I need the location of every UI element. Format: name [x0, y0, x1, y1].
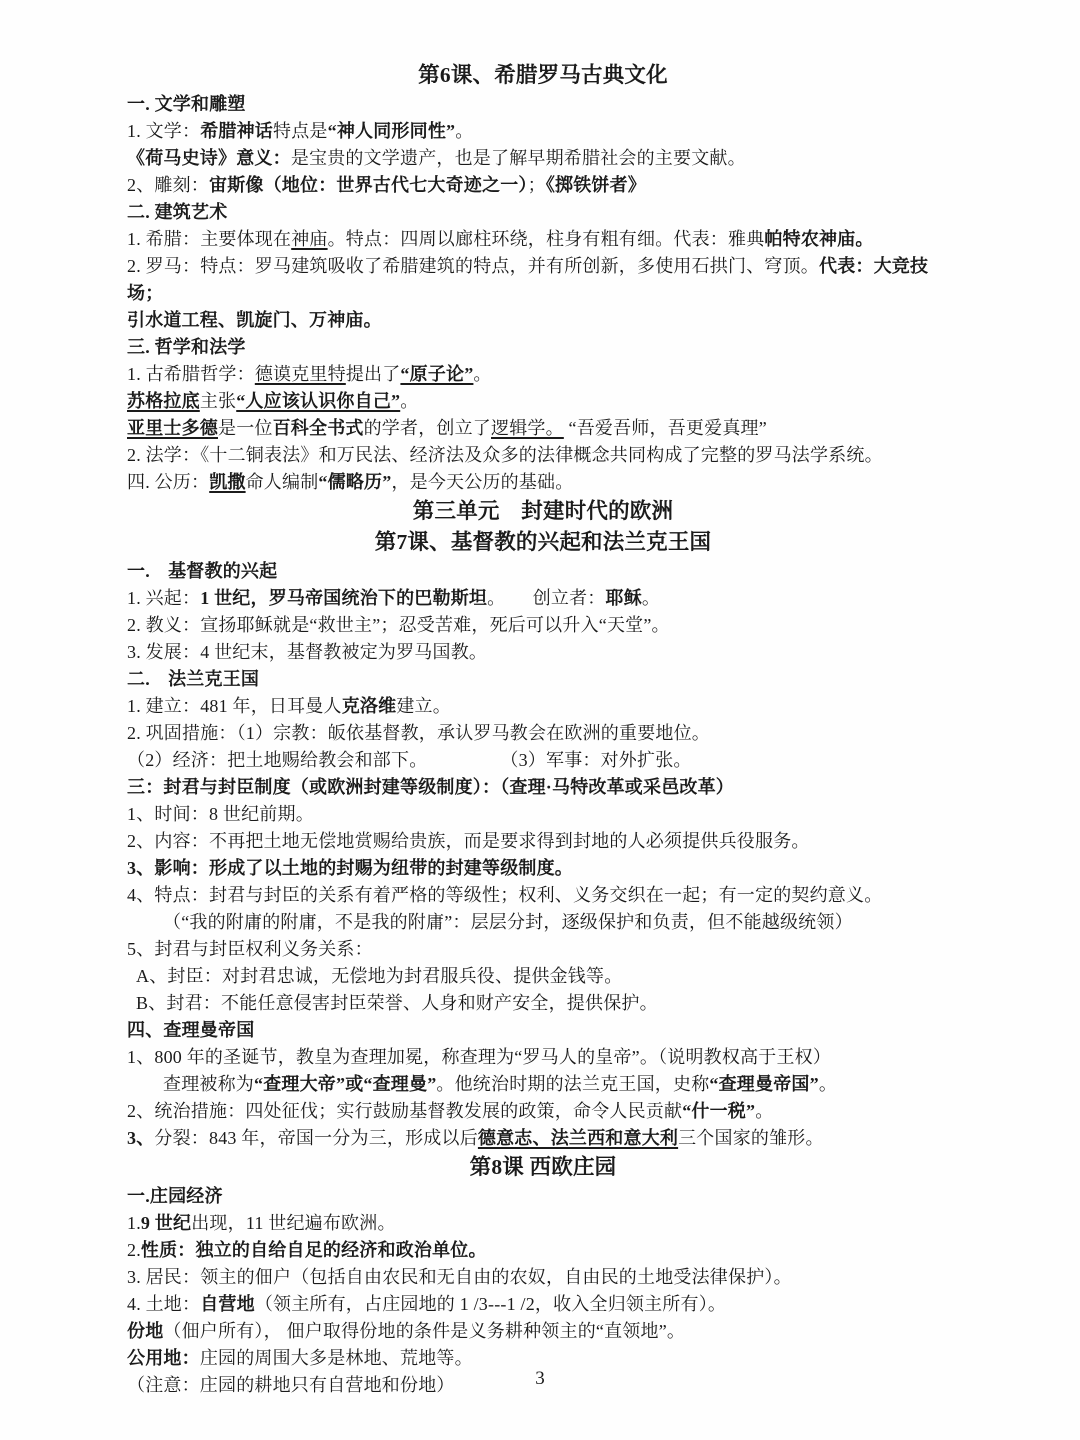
text-segment: 命人编制	[246, 472, 319, 492]
text-segment: 凯撒	[209, 472, 245, 492]
text-segment: 2. 教义：宣扬耶稣就是“救世主”；忍受苦难，死后可以升入“天堂”。	[127, 615, 670, 635]
text-line: 3. 发展：4 世纪末，基督教被定为罗马国教。	[127, 639, 959, 666]
section-heading: 一. 基督教的兴起	[127, 558, 959, 585]
text-segment: 的学者，创立了	[364, 418, 491, 438]
text-segment: 。 创立者：	[487, 588, 605, 608]
text-segment: 3、影响：形成了以土地的封赐为纽带的封建等级制度。	[127, 858, 573, 878]
section-heading: 二. 建筑艺术	[127, 199, 959, 226]
text-segment: 1. 文学：	[127, 121, 200, 141]
text-segment: 一.庄园经济	[127, 1186, 223, 1206]
text-segment: 。	[473, 364, 491, 384]
text-segment: 一. 基督教的兴起	[127, 561, 277, 581]
text-segment: 性质：独立的自给自足的经济和政治单位。	[141, 1240, 487, 1260]
text-segment: 苏格拉底	[127, 391, 200, 411]
text-segment: 5、封君与封臣权利义务关系：	[127, 939, 373, 959]
section-heading: 一. 文学和雕塑	[127, 91, 959, 118]
text-segment: 。特点：四周以廊柱环绕，柱身有粗有细。代表：雅典	[328, 229, 765, 249]
text-segment: 9 世纪	[141, 1213, 191, 1233]
text-segment: 希腊神话	[200, 121, 273, 141]
text-segment: 神庙	[291, 229, 327, 249]
text-line: 1. 建立：481 年，日耳曼人克洛维建立。	[127, 693, 959, 720]
text-segment: 1、800 年的圣诞节，教皇为查理加冕，称查理为“罗马人的皇帝”。（说明教权高于…	[127, 1047, 831, 1067]
text-segment: 查理被称为	[163, 1074, 254, 1094]
text-segment: 2.	[127, 1240, 141, 1260]
text-segment: 庄园的周围大多是林地、荒地等。	[200, 1348, 473, 1368]
text-segment: ，是今天公历的基础。	[391, 472, 573, 492]
text-segment: 3. 发展：4 世纪末，基督教被定为罗马国教。	[127, 642, 487, 662]
text-segment: 2、雕刻：	[127, 175, 209, 195]
text-segment: 1. 希腊：主要体现在	[127, 229, 291, 249]
text-line: 1、时间：8 世纪前期。	[127, 801, 959, 828]
text-segment: 1、时间：8 世纪前期。	[127, 804, 314, 824]
text-line: 2. 巩固措施：（1）宗教：皈依基督教，承认罗马教会在欧洲的重要地位。	[127, 720, 959, 747]
section-heading: 四、查理曼帝国	[127, 1017, 959, 1044]
text-segment: 。	[642, 588, 660, 608]
text-segment: 。	[755, 1101, 773, 1121]
text-segment: B、封君：不能任意侵害封臣荣誉、人身和财产安全，提供保护。	[136, 993, 658, 1013]
text-segment: 自营地	[200, 1294, 255, 1314]
text-segment: 。他统治时期的法兰克王国，史称	[436, 1074, 709, 1094]
text-segment: 出现，11 世纪遍布欧洲。	[191, 1213, 395, 1233]
text-line: 1、800 年的圣诞节，教皇为查理加冕，称查理为“罗马人的皇帝”。（说明教权高于…	[127, 1044, 959, 1071]
text-segment: 引水道工程、凯旋门、万神庙。	[127, 310, 382, 330]
text-line: 1.9 世纪出现，11 世纪遍布欧洲。	[127, 1210, 959, 1237]
text-line: 查理被称为“查理大帝”或“查理曼”。他统治时期的法兰克王国，史称“查理曼帝国”。	[127, 1071, 959, 1098]
text-segment: 2. 巩固措施：（1）宗教：皈依基督教，承认罗马教会在欧洲的重要地位。	[127, 723, 710, 743]
text-line: 1. 希腊：主要体现在神庙。特点：四周以廊柱环绕，柱身有粗有细。代表：雅典帕特农…	[127, 226, 959, 253]
document-content: 第6课、希腊罗马古典文化一. 文学和雕塑1. 文学：希腊神话特点是“神人同形同性…	[127, 60, 959, 1399]
text-segment: “原子论”	[400, 364, 473, 384]
text-segment: 分裂：843 年，帝国一分为三，形成以后	[154, 1128, 478, 1148]
text-segment: 3、	[127, 1128, 154, 1148]
text-segment: 2、统治措施：四处征伐；实行鼓励基督教发展的政策，命令人民贡献	[127, 1101, 682, 1121]
text-segment: （“我的附庸的附庸，不是我的附庸”：层层分封，逐级保护和负责，但不能越级统领）	[163, 912, 853, 932]
text-segment: 第7课、基督教的兴起和法兰克王国	[375, 530, 711, 554]
text-segment: 是宝贵的文学遗产，也是了解早期希腊社会的主要文献。	[291, 148, 746, 168]
text-segment: 份地	[127, 1321, 163, 1341]
text-line: 5、封君与封臣权利义务关系：	[127, 936, 959, 963]
text-segment: 2. 法学：《十二铜表法》和万民法、经济法及众多的法律概念共同构成了完整的罗马法…	[127, 445, 883, 465]
text-segment: 2. 罗马：特点：罗马建筑吸收了希腊建筑的特点，并有所创新，多使用石拱门、穹顶。	[127, 256, 819, 276]
text-segment: “神人同形同性”	[328, 121, 456, 141]
text-line: 4、特点：封君与封臣的关系有着严格的等级性；权利、义务交织在一起；有一定的契约意…	[127, 882, 959, 909]
text-line: 1. 兴起：1 世纪，罗马帝国统治下的巴勒斯坦。 创立者：耶稣。	[127, 585, 959, 612]
text-segment: 建立。	[396, 696, 451, 716]
text-segment: （2）经济：把土地赐给教会和部下。 （3）军事：对外扩张。	[127, 750, 692, 770]
text-segment: “人应该认识你自己”	[236, 391, 400, 411]
text-segment: “查理大帝”或“查理曼”	[254, 1074, 436, 1094]
text-segment: 主张	[200, 391, 236, 411]
text-segment: 公用地：	[127, 1348, 200, 1368]
lesson-6-title: 第6课、希腊罗马古典文化	[127, 60, 959, 91]
text-segment: 德意志、法兰西和意大利	[478, 1128, 678, 1148]
text-segment: 逻辑学。	[491, 418, 564, 438]
text-segment: 第三单元 封建时代的欧洲	[413, 499, 673, 523]
text-segment: 一. 文学和雕塑	[127, 94, 246, 114]
section-heading: 三：封君与封臣制度（或欧洲封建等级制度）：（查理·马特改革或采邑改革）	[127, 774, 959, 801]
text-segment: 特点是	[273, 121, 328, 141]
text-segment: 第6课、希腊罗马古典文化	[418, 63, 668, 87]
section-heading: 一.庄园经济	[127, 1183, 959, 1210]
text-line: 3、影响：形成了以土地的封赐为纽带的封建等级制度。	[127, 855, 959, 882]
text-segment: 是一位	[218, 418, 273, 438]
text-segment: 三. 哲学和法学	[127, 337, 246, 357]
text-segment: 1.	[127, 1213, 141, 1233]
text-line: 1. 文学：希腊神话特点是“神人同形同性”。	[127, 118, 959, 145]
text-segment: “儒略历”	[318, 472, 391, 492]
text-segment: 《荷马史诗》意义：	[127, 148, 291, 168]
text-line: 份地（佃户所有）， 佃户取得份地的条件是义务耕种领主的“直领地”。	[127, 1318, 959, 1345]
text-segment: 二. 法兰克王国	[127, 669, 259, 689]
text-line: 引水道工程、凯旋门、万神庙。	[127, 307, 959, 334]
text-segment: 4、特点：封君与封臣的关系有着严格的等级性；权利、义务交织在一起；有一定的契约意…	[127, 885, 882, 905]
text-line: 四. 公历：凯撒命人编制“儒略历”，是今天公历的基础。	[127, 469, 959, 496]
lesson-8-title: 第8课 西欧庄园	[127, 1152, 959, 1183]
text-segment: 4. 土地：	[127, 1294, 200, 1314]
text-segment: 亚里士多德	[127, 418, 218, 438]
text-line: 2、统治措施：四处征伐；实行鼓励基督教发展的政策，命令人民贡献“什一税”。	[127, 1098, 959, 1125]
text-segment: 1 世纪，罗马帝国统治下的巴勒斯坦	[200, 588, 487, 608]
text-segment: 帕特农神庙。	[764, 229, 873, 249]
text-line: 1. 古希腊哲学：德谟克里特提出了“原子论”。	[127, 361, 959, 388]
text-segment: 二. 建筑艺术	[127, 202, 227, 222]
text-segment: 三个国家的雏形。	[678, 1128, 824, 1148]
text-line: 2. 罗马：特点：罗马建筑吸收了希腊建筑的特点，并有所创新，多使用石拱门、穹顶。…	[127, 253, 959, 307]
text-line: 苏格拉底主张“人应该认识你自己”。	[127, 388, 959, 415]
text-segment: 耶稣	[606, 588, 642, 608]
text-segment: 1. 古希腊哲学：	[127, 364, 255, 384]
text-segment: 四、查理曼帝国	[127, 1020, 254, 1040]
text-segment: A、封臣：对封君忠诚，无偿地为封君服兵役、提供金钱等。	[136, 966, 622, 986]
text-segment: 。	[819, 1074, 837, 1094]
text-line: 2.性质：独立的自给自足的经济和政治单位。	[127, 1237, 959, 1264]
text-segment: “查理曼帝国”	[709, 1074, 818, 1094]
text-line: 4. 土地：自营地（领主所有，占庄园地的 1 /3---1 /2，收入全归领主所…	[127, 1291, 959, 1318]
section-heading: 二. 法兰克王国	[127, 666, 959, 693]
text-line: 2. 教义：宣扬耶稣就是“救世主”；忍受苦难，死后可以升入“天堂”。	[127, 612, 959, 639]
text-segment: 三：封君与封臣制度（或欧洲封建等级制度）：（查理·马特改革或采邑改革）	[127, 777, 734, 797]
text-segment: 。	[455, 121, 473, 141]
text-segment: 1. 兴起：	[127, 588, 200, 608]
text-segment: 百科全书式	[273, 418, 364, 438]
text-segment: 宙斯像（地位：世界古代七大奇迹之一）	[209, 175, 528, 195]
text-segment: （领主所有，占庄园地的 1 /3---1 /2，收入全归领主所有）。	[255, 1294, 726, 1314]
text-line: 2、内容：不再把土地无偿地赏赐给贵族，而是要求得到封地的人必须提供兵役服务。	[127, 828, 959, 855]
document-page: 第6课、希腊罗马古典文化一. 文学和雕塑1. 文学：希腊神话特点是“神人同形同性…	[0, 0, 1080, 1440]
text-line: 3、分裂：843 年，帝国一分为三，形成以后德意志、法兰西和意大利三个国家的雏形…	[127, 1125, 959, 1152]
text-line: 2、雕刻：宙斯像（地位：世界古代七大奇迹之一）；《掷铁饼者》	[127, 172, 959, 199]
text-line: A、封臣：对封君忠诚，无偿地为封君服兵役、提供金钱等。	[127, 963, 959, 990]
section-heading: 三. 哲学和法学	[127, 334, 959, 361]
text-segment: 3. 居民：领主的佃户（包括自由农民和无自由的农奴，自由民的土地受法律保护）。	[127, 1267, 792, 1287]
text-line: 2. 法学：《十二铜表法》和万民法、经济法及众多的法律概念共同构成了完整的罗马法…	[127, 442, 959, 469]
text-segment: 德谟克里特	[255, 364, 346, 384]
text-segment: 《掷铁饼者》	[546, 175, 646, 195]
text-line: （2）经济：把土地赐给教会和部下。 （3）军事：对外扩张。	[127, 747, 959, 774]
text-segment: “什一税”	[682, 1101, 755, 1121]
text-segment: ；	[528, 175, 546, 195]
text-segment: “吾爱吾师，吾更爱真理”	[564, 418, 767, 438]
page-number: 3	[0, 1368, 1080, 1390]
text-segment: 克洛维	[342, 696, 397, 716]
text-segment: 1. 建立：481 年，日耳曼人	[127, 696, 342, 716]
text-line: 《荷马史诗》意义：是宝贵的文学遗产，也是了解早期希腊社会的主要文献。	[127, 145, 959, 172]
unit-3-title: 第三单元 封建时代的欧洲	[127, 496, 959, 527]
text-segment: 提出了	[346, 364, 401, 384]
text-segment: 2、内容：不再把土地无偿地赏赐给贵族，而是要求得到封地的人必须提供兵役服务。	[127, 831, 810, 851]
text-segment: 。	[400, 391, 418, 411]
text-segment: （佃户所有）， 佃户取得份地的条件是义务耕种领主的“直领地”。	[163, 1321, 685, 1341]
lesson-7-title: 第7课、基督教的兴起和法兰克王国	[127, 527, 959, 558]
text-line: 亚里士多德是一位百科全书式的学者，创立了逻辑学。 “吾爱吾师，吾更爱真理”	[127, 415, 959, 442]
text-line: （“我的附庸的附庸，不是我的附庸”：层层分封，逐级保护和负责，但不能越级统领）	[127, 909, 959, 936]
text-segment: 第8课 西欧庄园	[470, 1155, 617, 1179]
text-line: 3. 居民：领主的佃户（包括自由农民和无自由的农奴，自由民的土地受法律保护）。	[127, 1264, 959, 1291]
text-segment: 四. 公历：	[127, 472, 209, 492]
text-line: B、封君：不能任意侵害封臣荣誉、人身和财产安全，提供保护。	[127, 990, 959, 1017]
